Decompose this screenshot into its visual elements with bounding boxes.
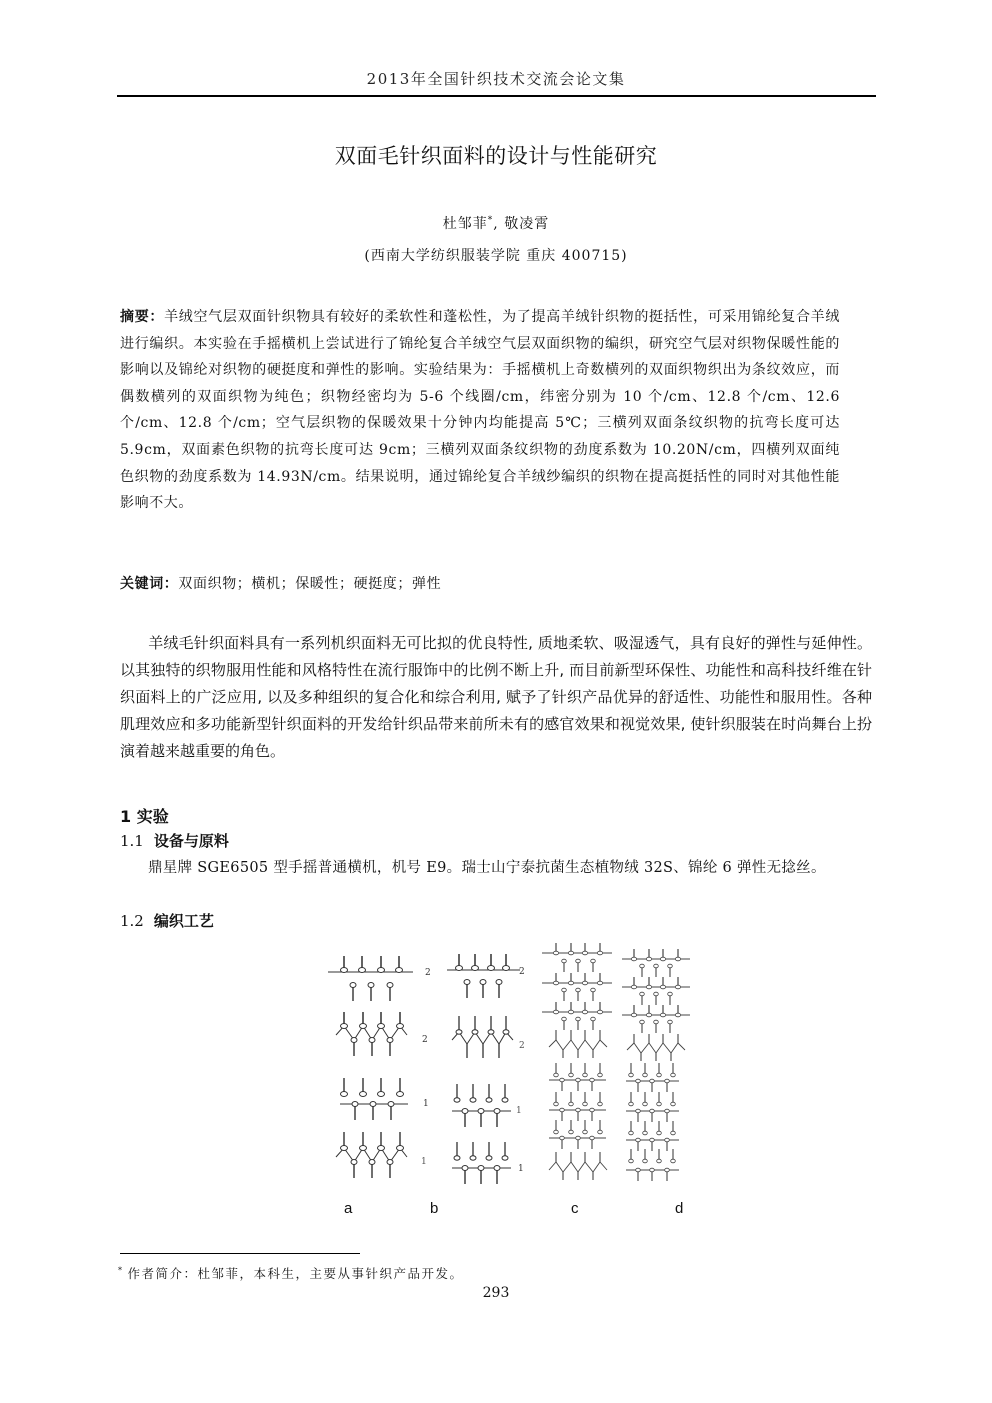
figure-label-c: c [571,1200,579,1217]
figure-label-b: b [430,1200,438,1217]
row-mark: 2 [519,967,525,977]
panel-d [622,949,690,1181]
knitting-diagram: 2 2 1 1 [320,935,720,1195]
row-mark: 2 [422,1035,428,1045]
panel-c [542,943,612,1180]
authors: 杜邹菲*, 敬凌霄 [0,213,992,233]
subsection-title: 设备与原料 [154,832,229,850]
panel-a [328,956,413,1178]
row-mark: 1 [516,1106,522,1116]
page-number: 293 [0,1285,992,1301]
subsection-title: 编织工艺 [154,912,214,930]
keywords-label: 关键词： [120,576,178,592]
row-mark: 1 [421,1157,427,1167]
keywords: 关键词：双面织物；横机；保暖性；硬挺度；弹性 [120,573,840,593]
footnote: *作者简介：杜邹菲，本科生，主要从事针织产品开发。 [118,1264,464,1282]
subsection-heading-1-1: 1.1设备与原料 [120,830,229,851]
abstract-label: 摘要： [120,309,164,325]
intro-text: 羊绒毛针织面料具有一系列机织面料无可比拟的优良特性, 质地柔软、吸湿透气，具有良… [120,634,872,760]
intro-paragraph: 羊绒毛针织面料具有一系列机织面料无可比拟的优良特性, 质地柔软、吸湿透气，具有良… [120,630,872,765]
author-first: 杜邹菲 [443,216,488,232]
author-rest: , 敬凌霄 [493,216,549,232]
row-mark: 2 [519,1041,525,1051]
abstract-text: 羊绒空气层双面针织物具有较好的柔软性和蓬松性，为了提高羊绒针织物的挺括性，可采用… [120,309,840,511]
subsection-number: 1.2 [120,912,144,930]
paper-title: 双面毛针织面料的设计与性能研究 [0,140,992,170]
row-mark: 1 [423,1099,429,1109]
abstract: 摘要：羊绒空气层双面针织物具有较好的柔软性和蓬松性，为了提高羊绒针织物的挺括性，… [120,304,840,517]
equipment-text: 鼎星牌 SGE6505 型手摇普通横机，机号 E9。瑞士山宁泰抗菌生态植物绒 3… [148,860,826,876]
footnote-rule [120,1253,360,1254]
equipment-paragraph: 鼎星牌 SGE6505 型手摇普通横机，机号 E9。瑞士山宁泰抗菌生态植物绒 3… [120,855,872,881]
header-rule [117,95,876,97]
affiliation: (西南大学纺织服装学院 重庆 400715) [0,245,992,265]
section-heading-1: 1 实验 [120,804,169,827]
row-mark: 1 [518,1164,524,1174]
figure-label-d: d [675,1200,683,1217]
footnote-text: 作者简介：杜邹菲，本科生，主要从事针织产品开发。 [128,1266,464,1281]
footnote-mark: * [118,1266,124,1275]
keywords-text: 双面织物；横机；保暖性；硬挺度；弹性 [178,576,441,592]
figure-label-a: a [344,1200,352,1217]
panel-b [447,954,520,1184]
subsection-number: 1.1 [120,832,144,850]
subsection-heading-1-2: 1.2编织工艺 [120,910,214,931]
knitting-notation-figure: 2 2 1 1 [320,935,720,1195]
row-mark: 2 [425,968,431,978]
running-head: 2013年全国针织技术交流会论文集 [0,68,992,89]
